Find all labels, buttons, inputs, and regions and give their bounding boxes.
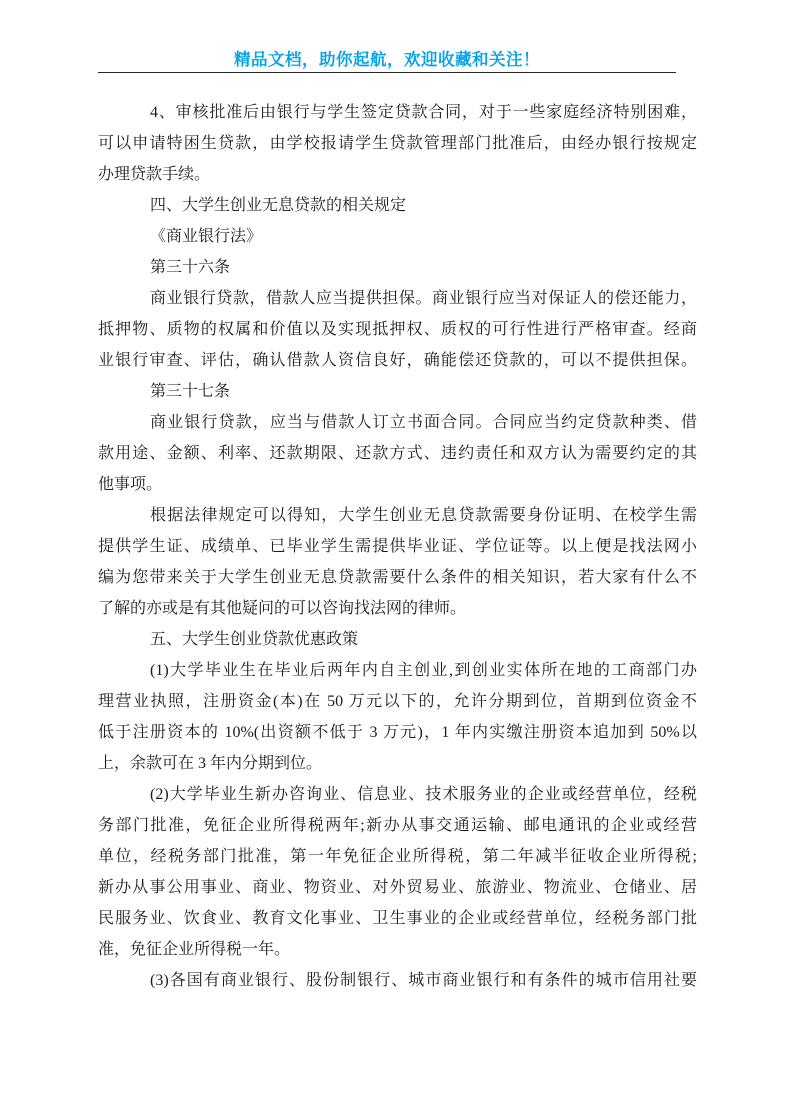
text-line: 《商业银行法》 bbox=[98, 221, 697, 252]
text-line: 编为您带来关于大学生创业无息贷款需要什么条件的相关知识，若大家有什么不 bbox=[98, 562, 697, 593]
text-line: 理营业执照，注册资金(本)在 50 万元以下的，允许分期到位，首期到位资金不 bbox=[98, 686, 697, 717]
text-line: 五、大学生创业贷款优惠政策 bbox=[98, 624, 697, 655]
text-line: 第三十六条 bbox=[98, 252, 697, 283]
document-page: 精品文档，助你起航，欢迎收藏和关注！ 4、审核批准后由银行与学生签定贷款合同，对… bbox=[0, 0, 792, 1120]
text-line: 第三十七条 bbox=[98, 376, 697, 407]
text-line: (1)大学毕业生在毕业后两年内自主创业,到创业实体所在地的工商部门办 bbox=[98, 655, 697, 686]
text-line: 业银行审查、评估，确认借款人资信良好，确能偿还贷款的，可以不提供担保。 bbox=[98, 345, 697, 376]
text-line: (3)各国有商业银行、股份制银行、城市商业银行和有条件的城市信用社要 bbox=[98, 965, 697, 996]
text-line: 上，余款可在 3 年内分期到位。 bbox=[98, 748, 697, 779]
text-line: (2)大学毕业生新办咨询业、信息业、技术服务业的企业或经营单位，经税 bbox=[98, 779, 697, 810]
text-line: 4、审核批准后由银行与学生签定贷款合同，对于一些家庭经济特别困难， bbox=[98, 97, 697, 128]
text-line: 根据法律规定可以得知，大学生创业无息贷款需要身份证明、在校学生需 bbox=[98, 500, 697, 531]
text-line: 款用途、金额、利率、还款期限、还款方式、违约责任和双方认为需要约定的其 bbox=[98, 438, 697, 469]
text-line: 可以申请特困生贷款，由学校报请学生贷款管理部门批准后，由经办银行按规定 bbox=[98, 128, 697, 159]
text-line: 提供学生证、成绩单、已毕业学生需提供毕业证、学位证等。以上便是找法网小 bbox=[98, 531, 697, 562]
text-line: 单位，经税务部门批准，第一年免征企业所得税，第二年减半征收企业所得税; bbox=[98, 841, 697, 872]
text-line: 商业银行贷款，借款人应当提供担保。商业银行应当对保证人的偿还能力， bbox=[98, 283, 697, 314]
header-slogan: 精品文档，助你起航，欢迎收藏和关注！ bbox=[98, 48, 676, 72]
text-line: 了解的亦或是有其他疑问的可以咨询找法网的律师。 bbox=[98, 593, 697, 624]
document-body: 4、审核批准后由银行与学生签定贷款合同，对于一些家庭经济特别困难，可以申请特困生… bbox=[98, 97, 697, 996]
text-line: 抵押物、质物的权属和价值以及实现抵押权、质权的可行性进行严格审查。经商 bbox=[98, 314, 697, 345]
text-line: 办理贷款手续。 bbox=[98, 159, 697, 190]
text-line: 新办从事公用事业、商业、物资业、对外贸易业、旅游业、物流业、仓储业、居 bbox=[98, 872, 697, 903]
text-line: 准，免征企业所得税一年。 bbox=[98, 934, 697, 965]
text-line: 商业银行贷款，应当与借款人订立书面合同。合同应当约定贷款种类、借 bbox=[98, 407, 697, 438]
text-line: 四、大学生创业无息贷款的相关规定 bbox=[98, 190, 697, 221]
text-line: 低于注册资本的 10%(出资额不低于 3 万元)，1 年内实缴注册资本追加到 5… bbox=[98, 717, 697, 748]
header-rule bbox=[98, 72, 676, 73]
text-line: 务部门批准，免征企业所得税两年;新办从事交通运输、邮电通讯的企业或经营 bbox=[98, 810, 697, 841]
text-line: 他事项。 bbox=[98, 469, 697, 500]
text-line: 民服务业、饮食业、教育文化事业、卫生事业的企业或经营单位，经税务部门批 bbox=[98, 903, 697, 934]
